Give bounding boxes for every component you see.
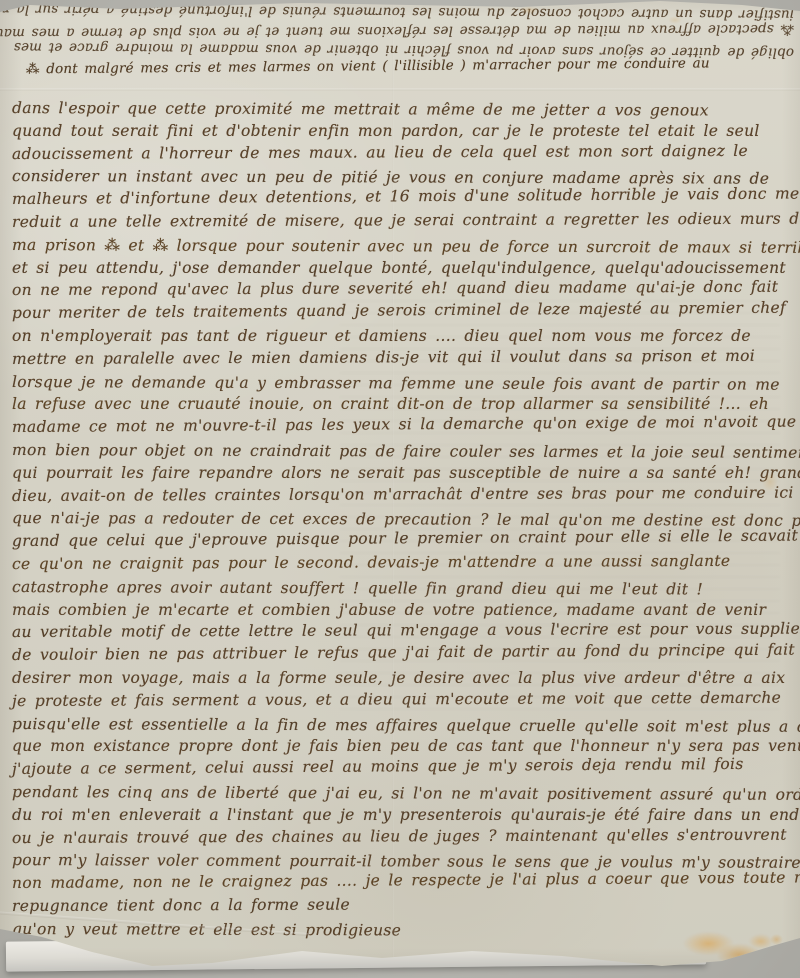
handwritten-line: mettre en paralelle avec le mien damiens… — [12, 344, 798, 370]
letter-body: dans l'espoir que cette proximité me met… — [12, 97, 798, 940]
paper: obligé de quitter ce séjour sans avoir p… — [0, 0, 800, 978]
photograph-of-letter: obligé de quitter ce séjour sans avoir p… — [0, 0, 800, 978]
handwritten-line: reduit a une telle extremité de misere, … — [12, 208, 798, 234]
handwritten-line: mon bien pour objet on ne craindrait pas… — [12, 439, 798, 465]
handwritten-line: pour meriter de tels traitements quand j… — [12, 297, 798, 325]
fox-spot — [520, 6, 538, 14]
handwritten-line: de vouloir bien ne pas attribuer le refu… — [12, 639, 798, 667]
handwritten-line: adoucissement a l'horreur de mes maux. a… — [12, 139, 798, 165]
handwritten-line: dieu, avait-on de telles craintes lorsqu… — [12, 481, 798, 507]
handwritten-line: catastrophe apres avoir autant souffert … — [12, 576, 798, 602]
fold-crease — [392, 0, 394, 978]
handwritten-line: lorsque je ne demande qu'a y embrasser m… — [12, 371, 798, 397]
handwritten-line: ce qu'on ne craignit pas pour le second.… — [12, 550, 798, 576]
inverted-header-text: obligé de quitter ce séjour sans avoir p… — [22, 2, 794, 59]
letter-photo: { "document": { "kind_label": "lettre ma… — [0, 0, 800, 978]
fox-spot — [770, 934, 783, 945]
handwritten-line: pendant les cinq ans de liberté que j'ai… — [12, 781, 798, 807]
handwritten-line: non madame, non ne le craignez pas .... … — [12, 867, 798, 895]
handwritten-line: je proteste et fais serment a vous, et a… — [12, 686, 798, 712]
handwritten-line: du roi m'en enleverait a l'instant que j… — [12, 804, 798, 827]
handwritten-line: j'ajoute a ce serment, celui aussi reel … — [12, 753, 798, 781]
fold-crease — [0, 88, 800, 91]
handwritten-line: ou je n'aurais trouvé que des chaines au… — [12, 823, 798, 849]
handwritten-line: dans l'espoir que cette proximité me met… — [12, 97, 798, 123]
fox-spot — [36, 262, 46, 270]
handwritten-line: repugnance tient donc a la forme seule — [12, 891, 798, 917]
handwritten-line: puisqu'elle est essentielle a la fin de … — [12, 713, 798, 739]
handwritten-line: malheurs et d'infortune deux detentions,… — [12, 183, 798, 211]
fox-spot — [668, 16, 682, 24]
handwritten-line: madame ce mot ne m'ouvre-t-il pas les ye… — [12, 411, 798, 439]
handwritten-line: grand que celui que j'eprouve puisque po… — [12, 525, 798, 553]
fox-spot — [762, 472, 778, 492]
handwritten-line: ma prison ⁂ et ⁂ lorsque pour soutenir a… — [12, 234, 798, 260]
